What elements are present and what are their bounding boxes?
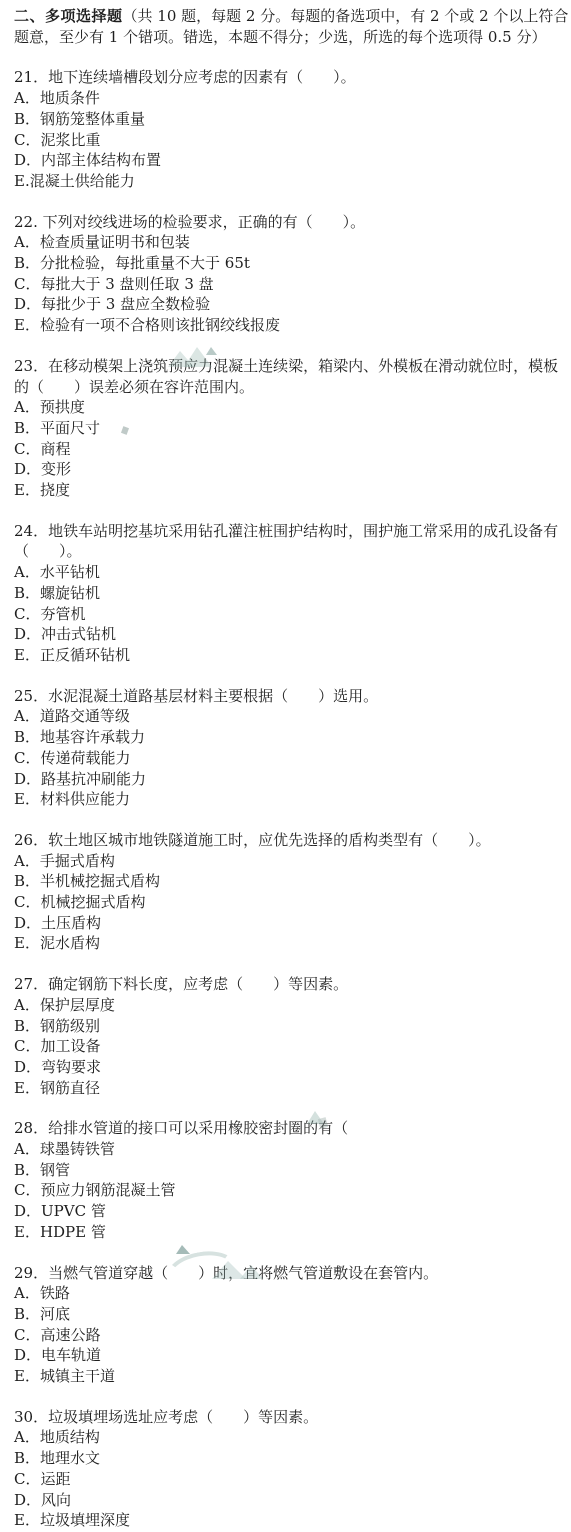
question-option: E．泥水盾构 — [14, 933, 569, 954]
question-stem: 23．在移动模架上浇筑预应力混凝土连续梁，箱梁内、外模板在滑动就位时，模板的（ … — [14, 356, 569, 397]
question-option: B．地基容许承载力 — [14, 727, 569, 748]
question-block: 29．当燃气管道穿越（ ）时，宜将燃气管道敷设在套管内。A．铁路B．河底C．高速… — [14, 1263, 569, 1387]
question-option: A．预拱度 — [14, 397, 569, 418]
question-option: A．道路交通等级 — [14, 706, 569, 727]
question-option: D．冲击式钻机 — [14, 624, 569, 645]
question-block: 22. 下列对绞线进场的检验要求，正确的有（ ）。A．检查质量证明书和包装B．分… — [14, 212, 569, 336]
question-option: C．每批大于 3 盘则任取 3 盘 — [14, 274, 569, 295]
question-option: D．变形 — [14, 459, 569, 480]
question-option: A．球墨铸铁管 — [14, 1139, 569, 1160]
question-option: C．预应力钢筋混凝土管 — [14, 1180, 569, 1201]
question-option: A．手掘式盾构 — [14, 851, 569, 872]
question-option: D．电车轨道 — [14, 1345, 569, 1366]
question-block: 30．垃圾填埋场选址应考虑（ ）等因素。A．地质结构B．地理水文C．运距D．风向… — [14, 1407, 569, 1531]
question-option: E．挠度 — [14, 480, 569, 501]
question-option: D．每批少于 3 盘应全数检验 — [14, 294, 569, 315]
question-option: E．城镇主干道 — [14, 1366, 569, 1387]
question-option: E．垃圾填埋深度 — [14, 1510, 569, 1531]
question-stem: 26．软土地区城市地铁隧道施工时，应优先选择的盾构类型有（ ）。 — [14, 830, 569, 851]
question-option: E．钢筋直径 — [14, 1078, 569, 1099]
question-option: A．检查质量证明书和包装 — [14, 232, 569, 253]
question-option: B．螺旋钻机 — [14, 583, 569, 604]
question-option: C．高速公路 — [14, 1325, 569, 1346]
question-option: B．平面尺寸 — [14, 418, 569, 439]
question-block: 23．在移动模架上浇筑预应力混凝土连续梁，箱梁内、外模板在滑动就位时，模板的（ … — [14, 356, 569, 501]
question-block: 26．软土地区城市地铁隧道施工时，应优先选择的盾构类型有（ ）。A．手掘式盾构B… — [14, 830, 569, 954]
question-option: C．机械挖掘式盾构 — [14, 892, 569, 913]
question-option: A．水平钻机 — [14, 562, 569, 583]
question-option: B．钢管 — [14, 1160, 569, 1181]
question-option: C．加工设备 — [14, 1036, 569, 1057]
question-stem: 30．垃圾填埋场选址应考虑（ ）等因素。 — [14, 1407, 569, 1428]
question-option: C．商程 — [14, 439, 569, 460]
question-option: D．风向 — [14, 1490, 569, 1511]
question-stem: 27．确定钢筋下料长度，应考虑（ ）等因素。 — [14, 974, 569, 995]
question-option: D．路基抗冲刷能力 — [14, 769, 569, 790]
question-stem: 25．水泥混凝土道路基层材料主要根据（ ）选用。 — [14, 686, 569, 707]
question-option: A．保护层厚度 — [14, 995, 569, 1016]
question-option: D．土压盾构 — [14, 913, 569, 934]
question-option: A．铁路 — [14, 1283, 569, 1304]
question-stem: 29．当燃气管道穿越（ ）时，宜将燃气管道敷设在套管内。 — [14, 1263, 569, 1284]
question-stem: 21．地下连续墙槽段划分应考虑的因素有（ ）。 — [14, 67, 569, 88]
question-option: C．夯管机 — [14, 604, 569, 625]
question-block: 24．地铁车站明挖基坑采用钻孔灌注桩围护结构时，围护施工常采用的成孔设备有（ ）… — [14, 521, 569, 666]
question-option: E．材料供应能力 — [14, 789, 569, 810]
question-option: C．传递荷载能力 — [14, 748, 569, 769]
question-block: 21．地下连续墙槽段划分应考虑的因素有（ ）。A．地质条件B．钢筋笼整体重量C．… — [14, 67, 569, 191]
question-option: B．河底 — [14, 1304, 569, 1325]
question-block: 27．确定钢筋下料长度，应考虑（ ）等因素。A．保护层厚度B．钢筋级别C．加工设… — [14, 974, 569, 1098]
question-block: 28．给排水管道的接口可以采用橡胶密封圈的有（A．球墨铸铁管B．钢管C．预应力钢… — [14, 1118, 569, 1242]
question-stem: 22. 下列对绞线进场的检验要求，正确的有（ ）。 — [14, 212, 569, 233]
exam-page: 二、多项选择题（共 10 题，每题 2 分。每题的备选项中，有 2 个或 2 个… — [0, 0, 571, 1531]
question-option: C．泥浆比重 — [14, 130, 569, 151]
question-option: B．钢筋笼整体重量 — [14, 109, 569, 130]
question-option: D．UPVC 管 — [14, 1201, 569, 1222]
section-header: 二、多项选择题（共 10 题，每题 2 分。每题的备选项中，有 2 个或 2 个… — [14, 6, 569, 47]
question-option: C．运距 — [14, 1469, 569, 1490]
question-option: E．HDPE 管 — [14, 1222, 569, 1243]
question-option: B．分批检验，每批重量不大于 65t — [14, 253, 569, 274]
question-stem: 28．给排水管道的接口可以采用橡胶密封圈的有（ — [14, 1118, 569, 1139]
question-option: D．弯钩要求 — [14, 1057, 569, 1078]
question-stem: 24．地铁车站明挖基坑采用钻孔灌注桩围护结构时，围护施工常采用的成孔设备有（ ）… — [14, 521, 569, 562]
question-option: B．地理水文 — [14, 1448, 569, 1469]
question-option: E．正反循环钻机 — [14, 645, 569, 666]
question-option: E.混凝土供给能力 — [14, 171, 569, 192]
question-option: A．地质结构 — [14, 1427, 569, 1448]
question-option: D．内部主体结构布置 — [14, 150, 569, 171]
question-block: 25．水泥混凝土道路基层材料主要根据（ ）选用。A．道路交通等级B．地基容许承载… — [14, 686, 569, 810]
question-option: B．钢筋级别 — [14, 1016, 569, 1037]
question-option: B．半机械挖掘式盾构 — [14, 871, 569, 892]
question-option: A．地质条件 — [14, 88, 569, 109]
section-title: 二、多项选择题 — [14, 7, 123, 25]
question-list: 21．地下连续墙槽段划分应考虑的因素有（ ）。A．地质条件B．钢筋笼整体重量C．… — [14, 67, 569, 1531]
question-option: E．检验有一项不合格则该批钢绞线报废 — [14, 315, 569, 336]
